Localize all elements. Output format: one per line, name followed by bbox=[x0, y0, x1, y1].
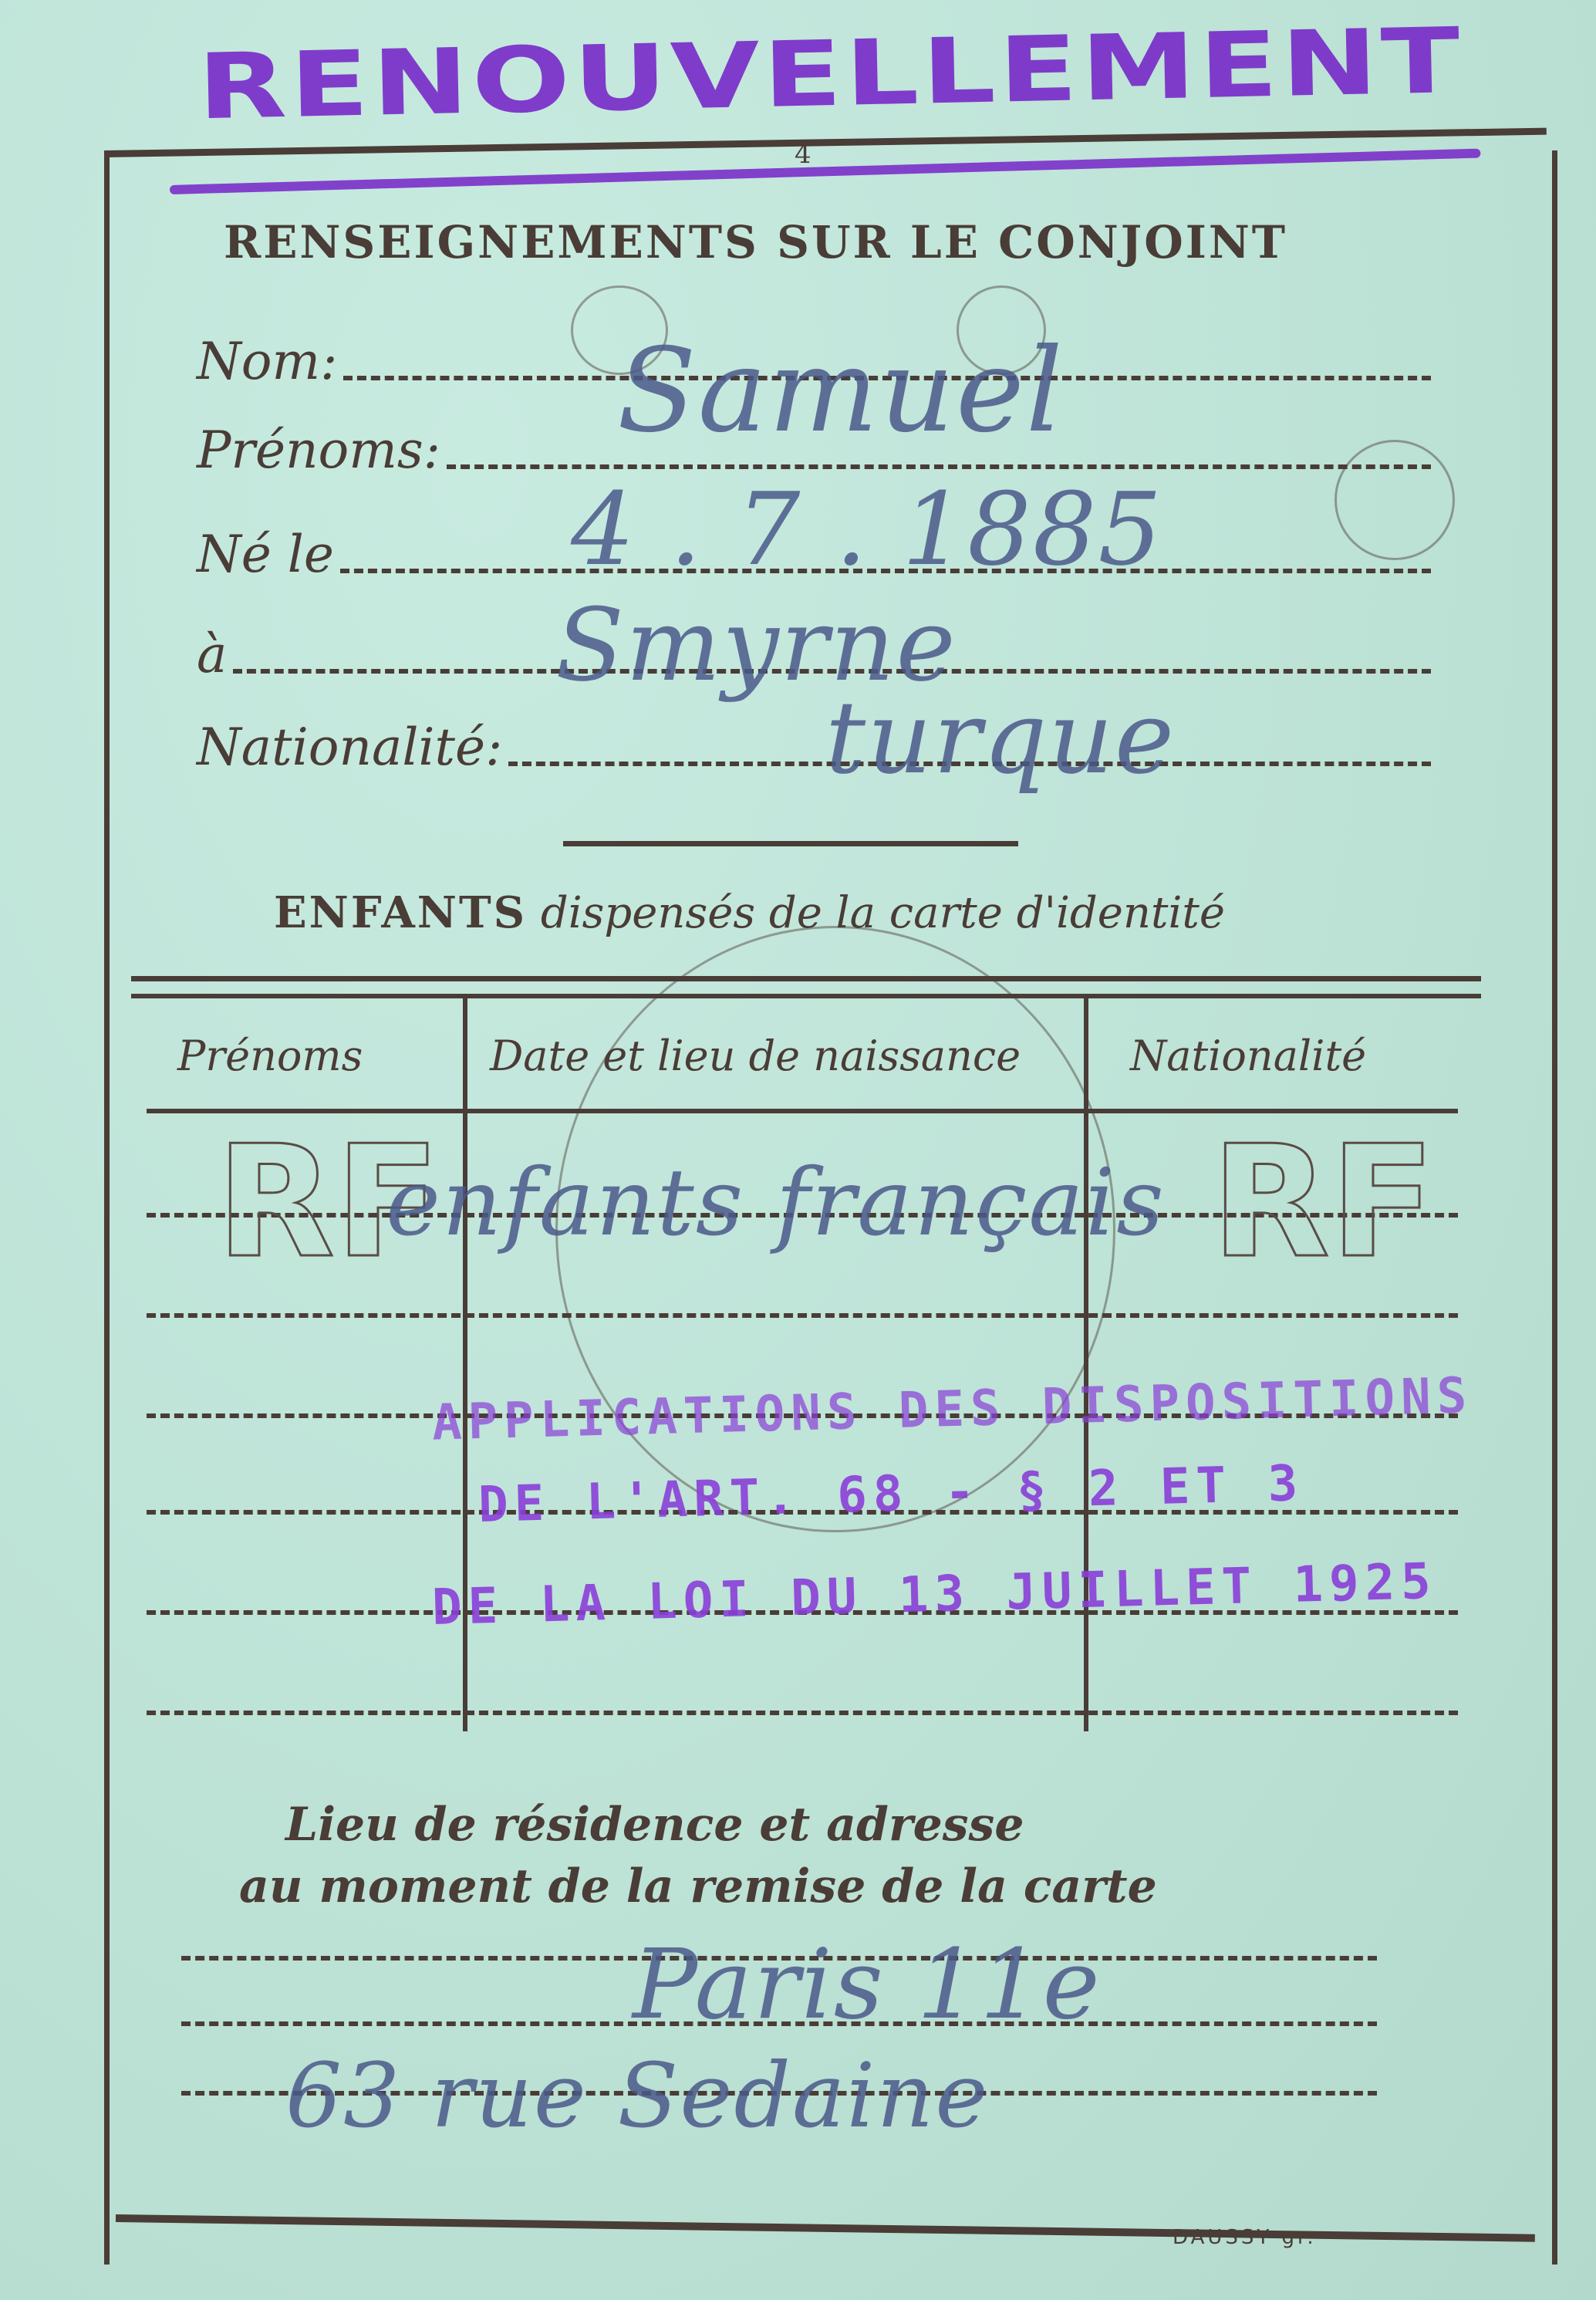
printer-mark: DAUSSY gr. bbox=[1173, 2226, 1317, 2249]
table-double-rule bbox=[131, 994, 1481, 998]
stamp-renouvellement: RENOUVELLEMENT bbox=[197, 16, 1464, 133]
spouse-heading: RENSEIGNEMENTS SUR LE CONJOINT bbox=[224, 216, 1287, 269]
column-header-nationalite: Nationalité bbox=[1130, 1032, 1366, 1080]
children-heading: ENFANTS dispensés de la carte d'identité bbox=[274, 887, 1225, 938]
handwritten-residence-city: Paris 11e bbox=[633, 1929, 1102, 2041]
field-label: à bbox=[197, 625, 227, 684]
column-header-date-lieu: Date et lieu de naissance bbox=[490, 1032, 1021, 1080]
table-row-line bbox=[147, 1711, 1458, 1715]
column-header-prenoms: Prénoms bbox=[177, 1032, 363, 1080]
field-label: Nom: bbox=[197, 332, 337, 391]
children-heading-italic: dispensés de la carte d'identité bbox=[541, 888, 1225, 938]
field-label: Nationalité: bbox=[197, 718, 502, 777]
handwritten-residence-address: 63 rue Sedaine bbox=[285, 2045, 989, 2148]
dotted-line bbox=[447, 464, 1431, 469]
field-label: Né le bbox=[197, 525, 334, 584]
nationalite-underline bbox=[563, 841, 1018, 846]
handwritten-birth-date: 4 . 7 . 1885 bbox=[571, 471, 1163, 588]
residence-heading-line-2: au moment de la remise de la carte bbox=[239, 1859, 1157, 1913]
handwritten-prenoms: Samuel bbox=[617, 324, 1065, 458]
handwritten-nationality: turque bbox=[825, 679, 1176, 796]
children-heading-bold: ENFANTS bbox=[274, 887, 527, 938]
field-nationalite: Nationalité: bbox=[197, 718, 1431, 777]
rf-emblem-icon: RF bbox=[1211, 1113, 1436, 1292]
field-label: Prénoms: bbox=[197, 420, 440, 480]
table-row-line bbox=[147, 1313, 1458, 1318]
residence-heading-line-1: Lieu de résidence et adresse bbox=[285, 1798, 1024, 1852]
handwritten-children-note: enfants français bbox=[386, 1150, 1166, 1257]
